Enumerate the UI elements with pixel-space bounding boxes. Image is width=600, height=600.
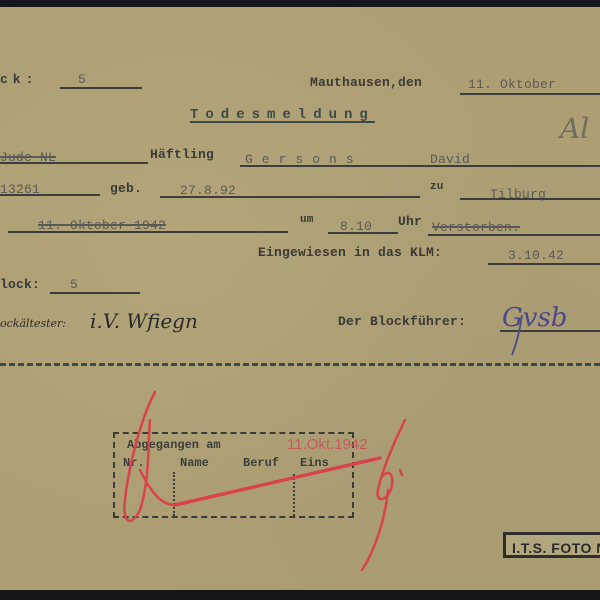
blue-signature-stroke-icon (512, 315, 522, 355)
red-signature-icon (124, 392, 405, 570)
ink-signature-strokes (0, 0, 600, 600)
